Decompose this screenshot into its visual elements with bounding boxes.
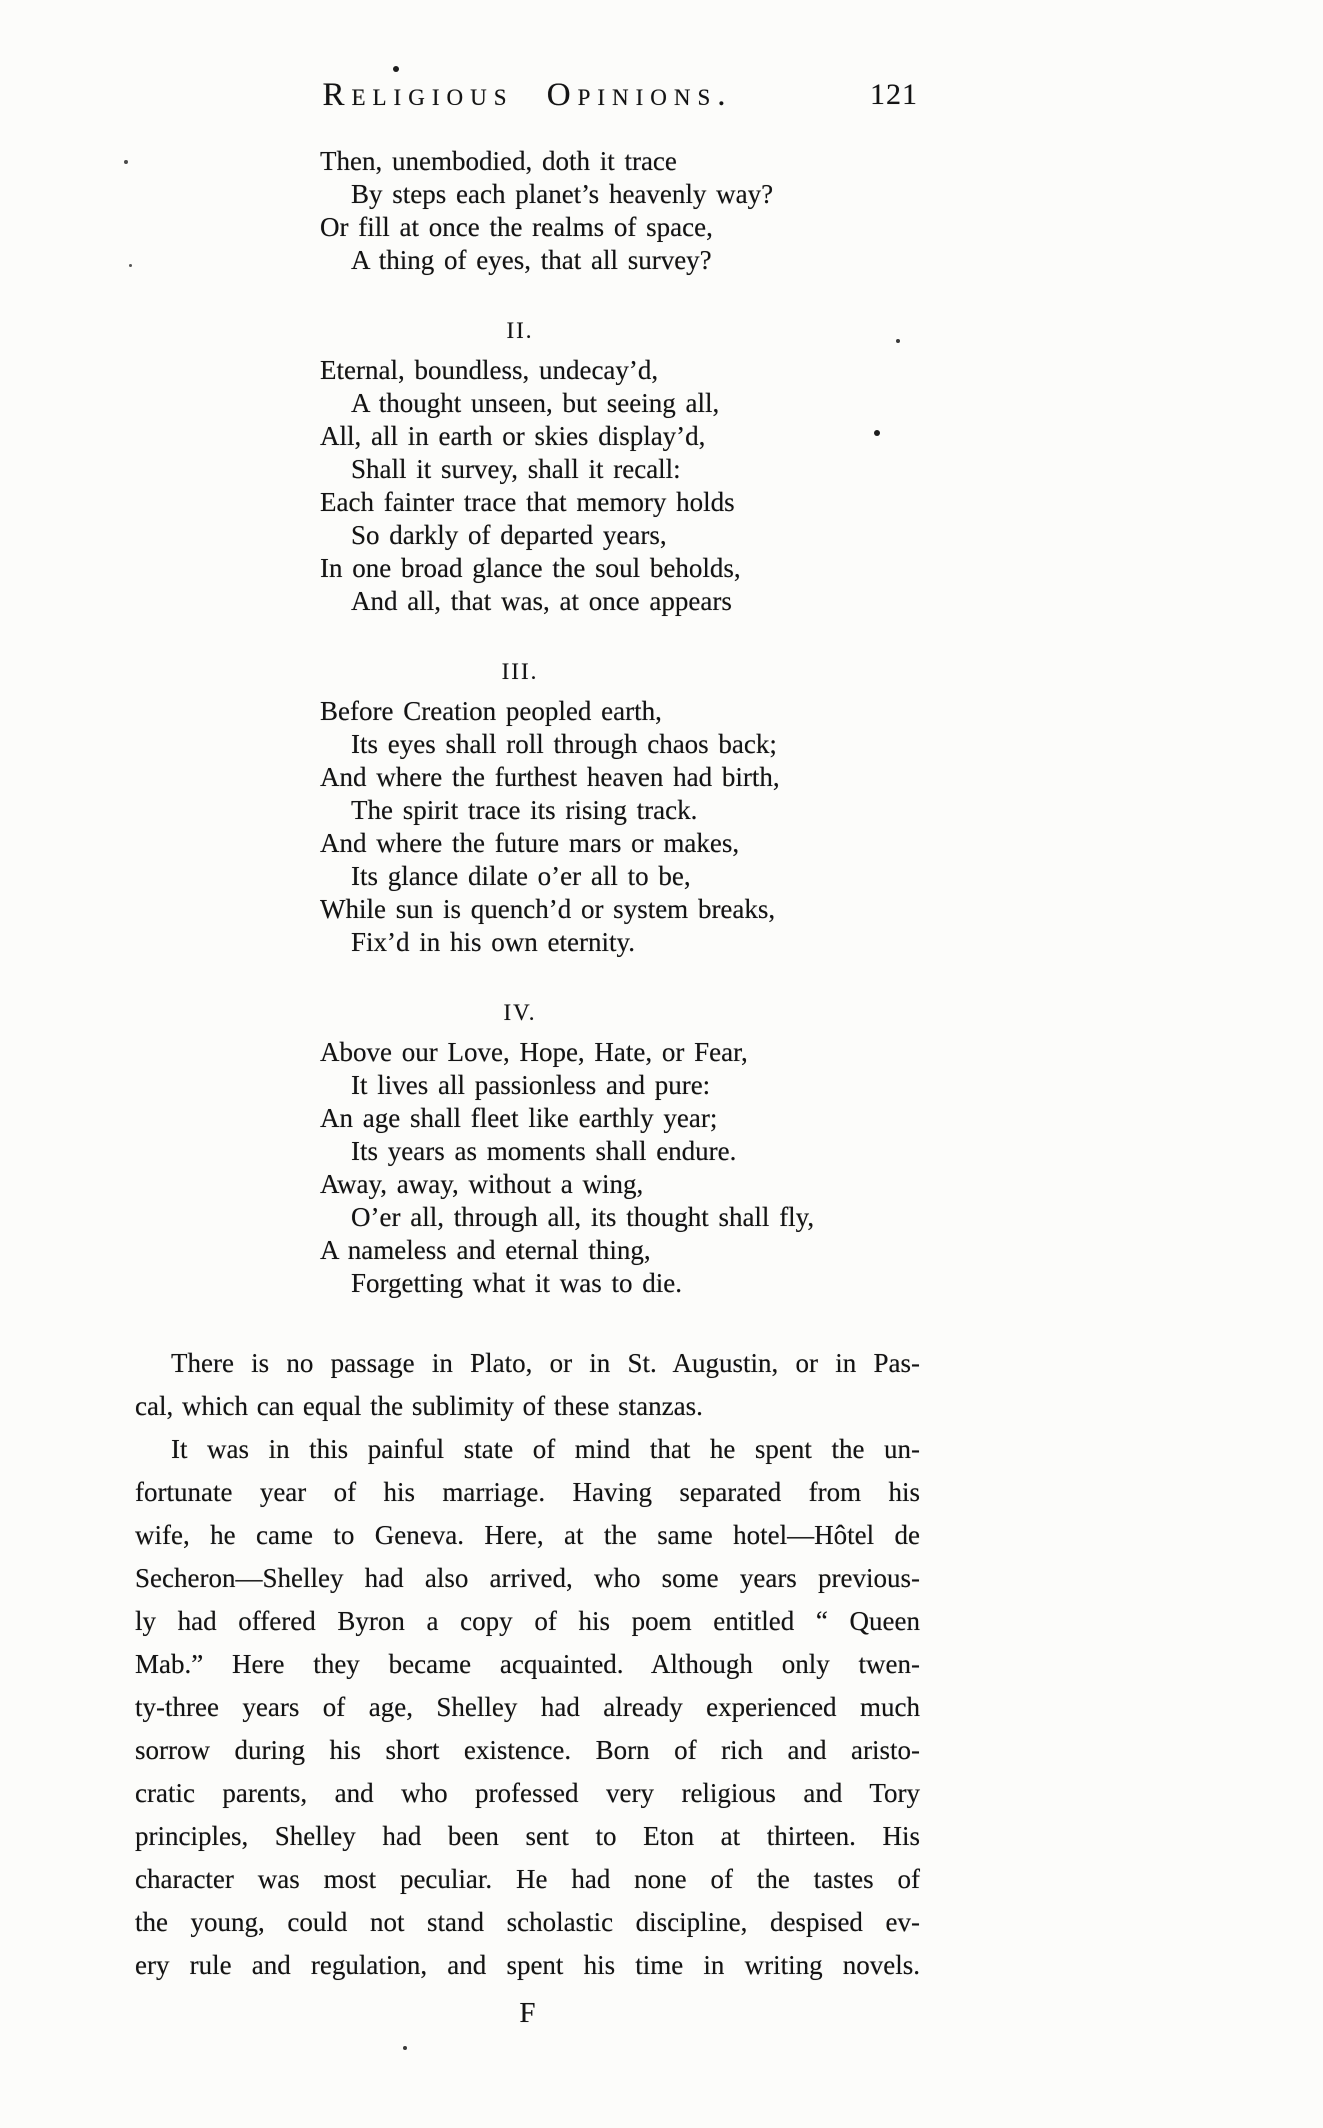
poem-line: And where the furthest heaven had birth, [320, 761, 720, 794]
poem-line: Shall it survey, shall it recall: [320, 453, 720, 486]
poem-line: Before Creation peopled earth, [320, 695, 720, 728]
stanza-number: II. [320, 317, 720, 345]
poem-line: Or fill at once the realms of space, [320, 211, 720, 244]
poem-line: So darkly of departed years, [320, 519, 720, 552]
prose-line: wife, he came to Geneva. Here, at the sa… [135, 1514, 920, 1557]
prose-line: sorrow during his short existence. Born … [135, 1729, 920, 1772]
prose-line: ery rule and regulation, and spent his t… [135, 1944, 920, 1987]
stanza-number: III. [320, 658, 720, 686]
scan-speckle [403, 2046, 407, 2050]
poem-line: Away, away, without a wing, [320, 1168, 720, 1201]
poem-line: All, all in earth or skies display’d, [320, 420, 720, 453]
prose-line: It was in this painful state of mind tha… [135, 1428, 920, 1471]
poem-line: Its glance dilate o’er all to be, [320, 860, 720, 893]
poem-line: A thing of eyes, that all survey? [320, 244, 720, 277]
prose-line: ty-three years of age, Shelley had alrea… [135, 1686, 920, 1729]
prose-line: character was most peculiar. He had none… [135, 1858, 920, 1901]
scan-speckle [129, 264, 132, 267]
poem-line: And where the future mars or makes, [320, 827, 720, 860]
prose-line: cratic parents, and who professed very r… [135, 1772, 920, 1815]
poem-stanza-1: Then, unembodied, doth it trace By steps… [320, 145, 720, 277]
prose-line: Mab.” Here they became acquainted. Altho… [135, 1643, 920, 1686]
prose-line: the young, could not stand scholastic di… [135, 1901, 920, 1944]
poem-stanza-2: II. Eternal, boundless, undecay’d, A tho… [320, 317, 720, 618]
poem-line: Eternal, boundless, undecay’d, [320, 354, 720, 387]
running-head-title: Religious Opinions. [135, 75, 920, 115]
prose-line: cal, which can equal the sublimity of th… [135, 1385, 920, 1428]
poem-line: Fix’d in his own eternity. [320, 926, 720, 959]
prose-section: There is no passage in Plato, or in St. … [135, 1342, 920, 1987]
poem-line: Each fainter trace that memory holds [320, 486, 720, 519]
poem-line: Above our Love, Hope, Hate, or Fear, [320, 1036, 720, 1069]
poem-stanza-4: IV. Above our Love, Hope, Hate, or Fear,… [320, 999, 720, 1300]
scanned-book-page: Religious Opinions. 121 Then, unembodied… [0, 0, 1323, 2128]
poem-line: In one broad glance the soul beholds, [320, 552, 720, 585]
poem-line: Then, unembodied, doth it trace [320, 145, 720, 178]
poem-line: Its eyes shall roll through chaos back; [320, 728, 720, 761]
poem-line: Its years as moments shall endure. [320, 1135, 720, 1168]
poem-line: An age shall fleet like earthly year; [320, 1102, 720, 1135]
poem-line: O’er all, through all, its thought shall… [320, 1201, 720, 1234]
poem-line: The spirit trace its rising track. [320, 794, 720, 827]
paragraph-1: There is no passage in Plato, or in St. … [135, 1342, 920, 1428]
prose-line: There is no passage in Plato, or in St. … [135, 1342, 920, 1385]
prose-line: fortunate year of his marriage. Having s… [135, 1471, 920, 1514]
paragraph-2: It was in this painful state of mind tha… [135, 1428, 920, 1987]
prose-line: ly had offered Byron a copy of his poem … [135, 1600, 920, 1643]
scan-speckle [124, 160, 128, 164]
text-block: Religious Opinions. 121 Then, unembodied… [135, 75, 920, 2030]
scan-speckle [393, 66, 399, 72]
poem-line: It lives all passionless and pure: [320, 1069, 720, 1102]
stanza-number: IV. [320, 999, 720, 1027]
prose-line: Secheron—Shelley had also arrived, who s… [135, 1557, 920, 1600]
poem-line: By steps each planet’s heavenly way? [320, 178, 720, 211]
page-number: 121 [870, 75, 918, 115]
poem-stanza-3: III. Before Creation peopled earth, Its … [320, 658, 720, 959]
poem-line: Forgetting what it was to die. [320, 1267, 720, 1300]
poem-line: And all, that was, at once appears [320, 585, 720, 618]
poem-line: While sun is quench’d or system breaks, [320, 893, 720, 926]
scan-speckle [874, 430, 880, 436]
poem: Then, unembodied, doth it trace By steps… [320, 145, 720, 1300]
scan-speckle [896, 339, 900, 343]
printer-signature-mark: F [135, 1997, 920, 2030]
poem-line: A nameless and eternal thing, [320, 1234, 720, 1267]
poem-line: A thought unseen, but seeing all, [320, 387, 720, 420]
prose-line: principles, Shelley had been sent to Eto… [135, 1815, 920, 1858]
page-header: Religious Opinions. 121 [135, 75, 920, 115]
